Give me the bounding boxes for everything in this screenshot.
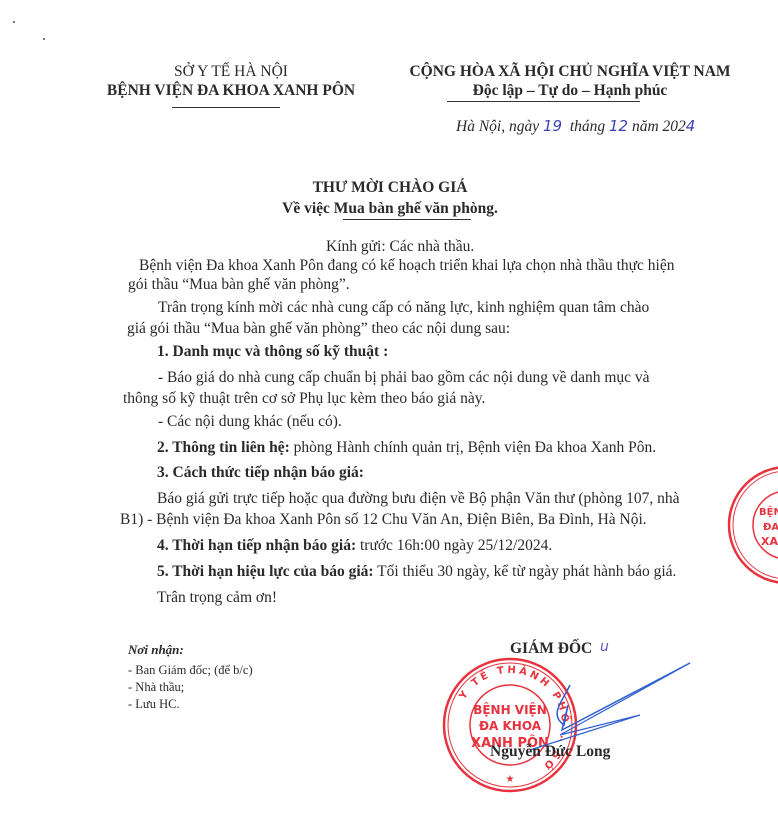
section-4: 4. Thời hạn tiếp nhận báo giá: trước 16h… <box>157 537 552 555</box>
document-title: THƯ MỜI CHÀO GIÁ <box>200 179 580 197</box>
date-prefix: Hà Nội, ngày <box>456 118 539 135</box>
side-stamp-line-3: XA <box>761 535 778 548</box>
section-3-line-2: B1) - Bệnh viện Đa khoa Xanh Pôn số 12 C… <box>120 511 647 529</box>
section-1-item-1-line-2: thông số kỹ thuật trên cơ sở Phụ lục kèm… <box>123 390 485 408</box>
date-year-digit: 4 <box>686 117 696 135</box>
subject-prefix: Về việc <box>282 200 334 217</box>
section-1-item-1-line-1: - Báo giá do nhà cung cấp chuẩn bị phải … <box>158 369 650 387</box>
issuer-underline <box>172 107 280 108</box>
recipients-list: - Ban Giám đốc; (để b/c) - Nhà thầu; - L… <box>128 662 253 713</box>
side-stamp-line-1: BỆN <box>759 505 778 518</box>
subject-underline <box>343 219 471 220</box>
side-stamp-line-2: ĐA <box>763 522 778 533</box>
recipient-item: - Ban Giám đốc; (để b/c) <box>128 662 253 679</box>
scan-speck <box>43 38 45 40</box>
invite-line-2: giá gói thầu “Mua bàn ghế văn phòng” the… <box>127 320 510 338</box>
issuer-department: SỞ Y TẾ HÀ NỘI <box>100 63 362 81</box>
issuer-hospital: BỆNH VIỆN ĐA KHOA XANH PÔN <box>78 82 384 100</box>
subject-text: Mua bàn ghế văn phòng. <box>334 200 498 217</box>
side-stamp: BỆN ĐA XA <box>725 460 778 590</box>
section-3-line-1: Báo giá gửi trực tiếp hoặc qua đường bưu… <box>157 490 680 508</box>
intro-line-2: gói thầu “Mua bàn ghế văn phòng”. <box>128 276 350 294</box>
motto-underline <box>447 101 640 102</box>
closing: Trân trọng cảm ơn! <box>157 589 277 607</box>
section-4-heading: 4. Thời hạn tiếp nhận báo giá: <box>157 537 356 554</box>
recipient-item: - Lưu HC. <box>128 696 253 713</box>
date-month-label: tháng <box>570 118 605 135</box>
scan-speck <box>13 21 15 23</box>
date-day: 19 <box>543 117 562 135</box>
national-title: CỘNG HÒA XÃ HỘI CHỦ NGHĨA VIỆT NAM <box>372 63 768 81</box>
issue-date: Hà Nội, ngày 19 tháng 12 năm 2024 <box>456 117 695 136</box>
greeting: Kính gửi: Các nhà thầu. <box>326 238 474 256</box>
section-2: 2. Thông tin liên hệ: phòng Hành chính q… <box>157 439 656 457</box>
section-4-text: trước 16h:00 ngày 25/12/2024. <box>356 537 552 554</box>
section-2-text: phòng Hành chính quản trị, Bệnh viện Đa … <box>290 439 656 456</box>
invite-line-1: Trân trọng kính mời các nhà cung cấp có … <box>158 299 649 317</box>
section-5: 5. Thời hạn hiệu lực của báo giá: Tối th… <box>157 563 676 581</box>
section-1-item-2: - Các nội dung khác (nếu có). <box>158 413 342 431</box>
stamp-star-icon: ★ <box>506 774 515 785</box>
intro-line-1: Bệnh viện Đa khoa Xanh Pôn đang có kế ho… <box>139 257 674 275</box>
national-motto: Độc lập – Tự do – Hạnh phúc <box>372 82 768 100</box>
signer-name: Nguyễn Đức Long <box>490 743 610 761</box>
section-5-text: Tối thiểu 30 ngày, kể từ ngày phát hành … <box>374 563 677 580</box>
document-subject: Về việc Mua bàn ghế văn phòng. <box>200 200 580 218</box>
section-1-heading: 1. Danh mục và thông số kỹ thuật : <box>157 343 388 361</box>
section-2-heading: 2. Thông tin liên hệ: <box>157 439 290 456</box>
date-year-label: năm 202 <box>632 118 686 135</box>
recipients-label: Nơi nhận: <box>128 642 184 658</box>
initial-mark: u <box>600 639 609 655</box>
section-3-heading: 3. Cách thức tiếp nhận báo giá: <box>157 464 364 482</box>
recipient-item: - Nhà thầu; <box>128 679 253 696</box>
date-month: 12 <box>609 117 628 135</box>
section-5-heading: 5. Thời hạn hiệu lực của báo giá: <box>157 563 374 580</box>
